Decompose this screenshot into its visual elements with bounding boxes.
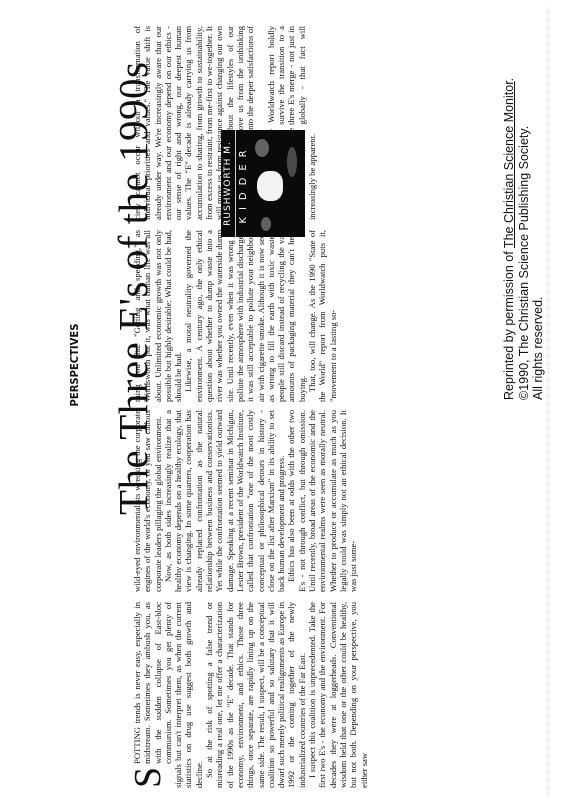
article-column-3: thing you did. "Getting and spending," a…: [132, 230, 492, 402]
author-name-first: RUSHWORTH M.: [223, 130, 236, 237]
article-column-2: wild-eyed environmentalists wrecking the…: [132, 410, 492, 592]
photo-texture: [255, 139, 269, 157]
paragraph: That, too, will change. As the 1990 "Sta…: [307, 230, 338, 402]
scan-artifact: [548, 6, 551, 796]
paragraph: thing you did. "Getting and spending," a…: [132, 230, 183, 402]
paragraph: I suspect this coalition is unprecedente…: [307, 602, 369, 788]
photo-texture: [287, 147, 297, 177]
author-name-last: KIDDER: [238, 130, 249, 237]
author-portrait: [257, 171, 283, 201]
paragraph: wild-eyed environmentalists wrecking the…: [132, 410, 163, 592]
photo-texture: [261, 217, 271, 231]
section-kicker: PERSPECTIVES: [69, 320, 81, 410]
article-column-1: S POTTING trends is never easy, especial…: [132, 602, 492, 788]
credit-line-1: Reprinted by permission of The Christian…: [502, 10, 517, 400]
rotated-newspaper-page: PERSPECTIVES The Three E's of the 1990s …: [0, 0, 562, 800]
credit-line-3: All rights reserved.: [531, 10, 546, 400]
paragraph: Ethics has also been at odds with the ot…: [286, 410, 358, 592]
paragraph: So at the risk of spotting a false trend…: [204, 602, 307, 788]
paragraph: Now, as both sides increasingly realize …: [163, 410, 287, 592]
article-column-4: ciety cannot occur without a transformat…: [132, 26, 492, 220]
reprint-credit: Reprinted by permission of The Christian…: [502, 10, 546, 400]
credit-prefix: Reprinted by permission of: [502, 248, 516, 400]
paragraph: POTTING trends is never easy, especially…: [132, 602, 204, 788]
paragraph: Likewise, a moral neutrality governed th…: [183, 230, 307, 402]
publication-name: The Christian Science Monitor: [502, 81, 516, 248]
credit-suffix: .: [502, 78, 516, 81]
author-photo: RUSHWORTH M. KIDDER: [221, 130, 305, 237]
drop-cap: S: [132, 767, 163, 788]
credit-line-2: ©1990, The Christian Science Publishing …: [517, 10, 532, 400]
